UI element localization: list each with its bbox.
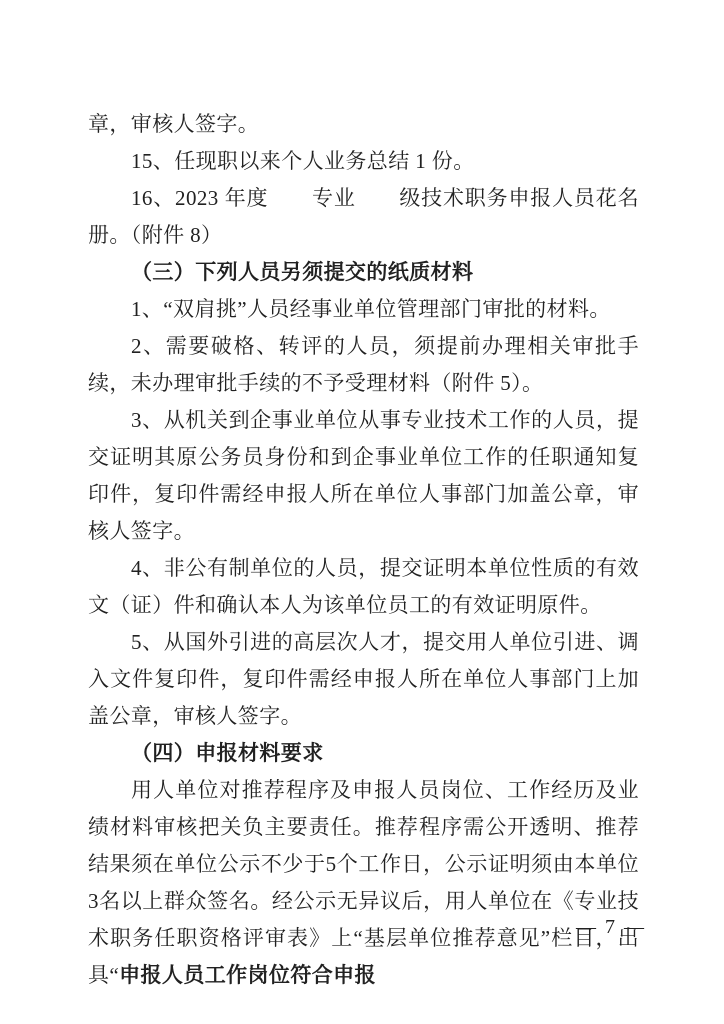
text-run: 2、需要破格、转评的人员，须提前办理相关审批手续，未办理审批手续的不予受理材料（… [88, 334, 639, 395]
paragraph: 3、从机关到企事业单位从事专业技术工作的人员，提交证明其原公务员身份和到企事业单… [88, 402, 639, 550]
paragraph: 4、非公有制单位的人员，提交证明本单位性质的有效文（证）件和确认本人为该单位员工… [88, 550, 639, 624]
text-run: 3、从机关到企事业单位从事专业技术工作的人员，提交证明其原公务员身份和到企事业单… [88, 408, 639, 543]
paragraph: 1、“双肩挑”人员经事业单位管理部门审批的材料。 [88, 291, 639, 328]
paragraph: 2、需要破格、转评的人员，须提前办理相关审批手续，未办理审批手续的不予受理材料（… [88, 328, 639, 402]
paragraph: 16、2023 年度 专业 级技术职务申报人员花名册。（附件 8） [88, 180, 639, 254]
bold-text-run: （三）下列人员另须提交的纸质材料 [131, 260, 473, 284]
text-run: 1、“双肩挑”人员经事业单位管理部门审批的材料。 [131, 297, 611, 321]
paragraph: 章，审核人签字。 [88, 106, 639, 143]
text-run: 4、非公有制单位的人员，提交证明本单位性质的有效文（证）件和确认本人为该单位员工… [88, 556, 639, 617]
text-run: 5、从国外引进的高层次人才，提交用人单位引进、调入文件复印件，复印件需经申报人所… [88, 630, 639, 728]
paragraph: 用人单位对推荐程序及申报人员岗位、工作经历及业绩材料审核把关负主要责任。推荐程序… [88, 772, 639, 994]
text-run: 15、任现职以来个人业务总结 1 份。 [131, 149, 475, 173]
document-body: 章，审核人签字。15、任现职以来个人业务总结 1 份。16、2023 年度 专业… [88, 106, 639, 994]
bold-text-run: （四）申报材料要求 [131, 741, 324, 765]
text-run: 16、2023 年度 专业 级技术职务申报人员花名册。（附件 8） [88, 186, 639, 247]
paragraph: （三）下列人员另须提交的纸质材料 [88, 254, 639, 291]
text-run: 用人单位对推荐程序及申报人员岗位、工作经历及业绩材料审核把关负主要责任。推荐程序… [88, 778, 639, 987]
page-number: — 7 — [576, 916, 646, 939]
bold-text-run: 申报人员工作岗位符合申报 [119, 963, 376, 987]
paragraph: 15、任现职以来个人业务总结 1 份。 [88, 143, 639, 180]
document-page: 章，审核人签字。15、任现职以来个人业务总结 1 份。16、2023 年度 专业… [0, 0, 724, 1024]
text-run: 章，审核人签字。 [88, 112, 259, 136]
paragraph: 5、从国外引进的高层次人才，提交用人单位引进、调入文件复印件，复印件需经申报人所… [88, 624, 639, 735]
paragraph: （四）申报材料要求 [88, 735, 639, 772]
